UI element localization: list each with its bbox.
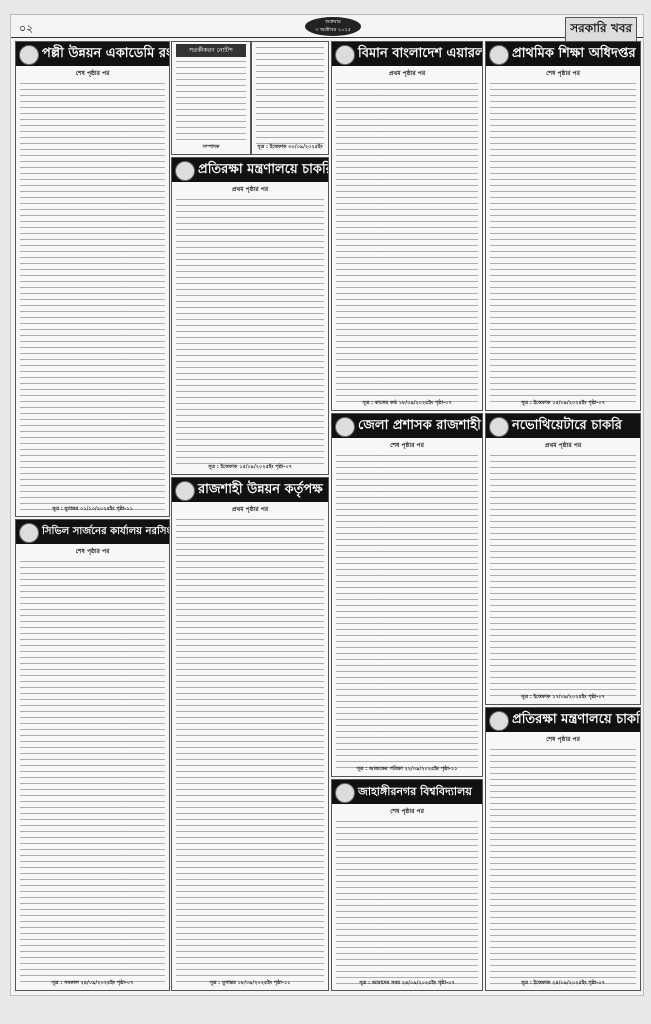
ad-source: সূত্র : কালের কণ্ঠ ১৮/০৯/২০২৫ইং পৃষ্ঠা-০… [332,400,482,408]
ad-title: প্রতিরক্ষা মন্ত্রণালয়ে চাকরি [198,162,328,177]
emblem-icon [489,711,509,731]
ad-rda: রাজশাহী উন্নয়ন কর্তৃপক্ষ প্রথম পৃষ্ঠার … [171,477,329,991]
ad-juniv: জাহাঙ্গীরনগর বিশ্ববিদ্যালয় শেষ পৃষ্ঠার … [331,779,483,991]
ad-source: সূত্র : সমকাল ২৪/০৯/২০২৫ইং পৃষ্ঠা-০৭ [16,980,169,988]
ad-source: সূত্র : যুগান্তর ০১/১০/২০২৫ইং পৃষ্ঠা-১১ [16,506,169,514]
emblem-icon [19,523,39,543]
ad-defence-ministry-2: প্রতিরক্ষা মন্ত্রণালয়ে চাকরি শেষ পৃষ্ঠা… [485,707,641,991]
emblem-icon [335,417,355,437]
ad-subtitle: প্রথম পৃষ্ঠার পর [172,504,328,515]
brand-logo: সরকারি খবর [565,17,637,43]
plane-icon [335,45,355,65]
notice-signature: সম্পাদক [172,144,250,152]
emblem-icon [175,481,195,501]
ad-subtitle: শেষ পৃষ্ঠার পর [332,440,482,451]
ad-defence-ministry-1: প্রতিরক্ষা মন্ত্রণালয়ে চাকরি প্রথম পৃষ্… [171,157,329,475]
ad-title: বিমান বাংলাদেশ এয়ারলাইন্স [358,46,482,61]
page-number: ০২ [19,20,33,39]
ad-subtitle: শেষ পৃষ্ঠার পর [332,806,482,817]
ad-novotheatre: নভোথিয়েটারে চাকরি প্রথম পৃষ্ঠার পর সূত্… [485,413,641,705]
ad-title: রাজশাহী উন্নয়ন কর্তৃপক্ষ [198,482,323,497]
ad-title: পল্লী উন্নয়ন একাডেমি রংপুর [42,46,169,61]
emblem-icon [19,45,39,65]
ad-source: সূত্র : আজকের পত্রিকা ২২/০৯/২০২৫ইং পৃষ্ঠ… [332,766,482,774]
ad-subtitle: শেষ পৃষ্ঠার পর [486,734,640,745]
emblem-icon [175,161,195,181]
ad-title: প্রতিরক্ষা মন্ত্রণালয়ে চাকরি [512,712,640,727]
ad-subtitle: শেষ পৃষ্ঠার পর [486,68,640,79]
notice-title: সতর্কীকরণ নোটিশ [176,44,246,57]
ad-source: সূত্র : ইত্তেফাক ১৫/০৯/২০২৫ইং পৃষ্ঠা-০৭ [172,464,328,472]
date-day: শুক্রবার [305,18,361,26]
ad-source: সূত্র : ইত্তেফাক ১৭/০৯/২০২৫ইং পৃষ্ঠা-০৭ [486,694,640,702]
date-full: ৩ অক্টোবর ২০২৫ [305,26,361,34]
ad-primary-education: প্রাথমিক শিক্ষা অধিদপ্তর শেষ পৃষ্ঠার পর … [485,41,641,411]
date-badge: শুক্রবার ৩ অক্টোবর ২০২৫ [305,17,361,36]
ad-source: সূত্র : আমাদের সময় ২৪/০৯/২০২৫ইং পৃষ্ঠা-… [332,980,482,988]
ad-pdr-rangpur: পল্লী উন্নয়ন একাডেমি রংপুর শেষ পৃষ্ঠার … [15,41,170,517]
warning-notice: সতর্কীকরণ নোটিশ সম্পাদক [171,41,251,155]
notice-continued: সূত্র : ইত্তেফাক ৩০/০৯/২০২৫ইং [251,41,329,155]
ad-subtitle: প্রথম পৃষ্ঠার পর [486,440,640,451]
ad-subtitle: প্রথম পৃষ্ঠার পর [172,184,328,195]
ad-title: নভোথিয়েটারে চাকরি [512,418,622,433]
ad-title: সিভিল সার্জনের কার্যালয় নরসিংদী [42,526,169,537]
ad-subtitle: শেষ পৃষ্ঠার পর [16,546,169,557]
ad-source: সূত্র : ইত্তেফাক ১৫/০৯/২০২৫ইং পৃষ্ঠা-০৭ [486,400,640,408]
ad-dc-rajshahi: জেলা প্রশাসক রাজশাহী শেষ পৃষ্ঠার পর সূত্… [331,413,483,777]
ad-subtitle: প্রথম পৃষ্ঠার পর [332,68,482,79]
ad-civil-surgeon: সিভিল সার্জনের কার্যালয় নরসিংদী শেষ পৃষ… [15,519,170,991]
notice-source: সূত্র : ইত্তেফাক ৩০/০৯/২০২৫ইং [252,144,328,152]
emblem-icon [489,45,509,65]
ad-biman: বিমান বাংলাদেশ এয়ারলাইন্স প্রথম পৃষ্ঠার… [331,41,483,411]
newspaper-page: ০২ শুক্রবার ৩ অক্টোবর ২০২৫ সরকারি খবর পল… [10,14,644,996]
ad-title: প্রাথমিক শিক্ষা অধিদপ্তর [512,46,636,61]
ad-title: জেলা প্রশাসক রাজশাহী [358,418,481,433]
masthead: ০২ শুক্রবার ৩ অক্টোবর ২০২৫ সরকারি খবর [11,15,643,38]
university-logo-icon [335,783,355,803]
ad-subtitle: শেষ পৃষ্ঠার পর [16,68,169,79]
ad-source: সূত্র : ইত্তেফাক ২৪/০৯/২০২৫ইং পৃষ্ঠা-০৭ [486,980,640,988]
ad-source: সূত্র : যুগান্তর ১৮/০৯/২০২৫ইং পৃষ্ঠা-১১ [172,980,328,988]
emblem-icon [489,417,509,437]
ad-title: জাহাঙ্গীরনগর বিশ্ববিদ্যালয় [358,785,472,798]
